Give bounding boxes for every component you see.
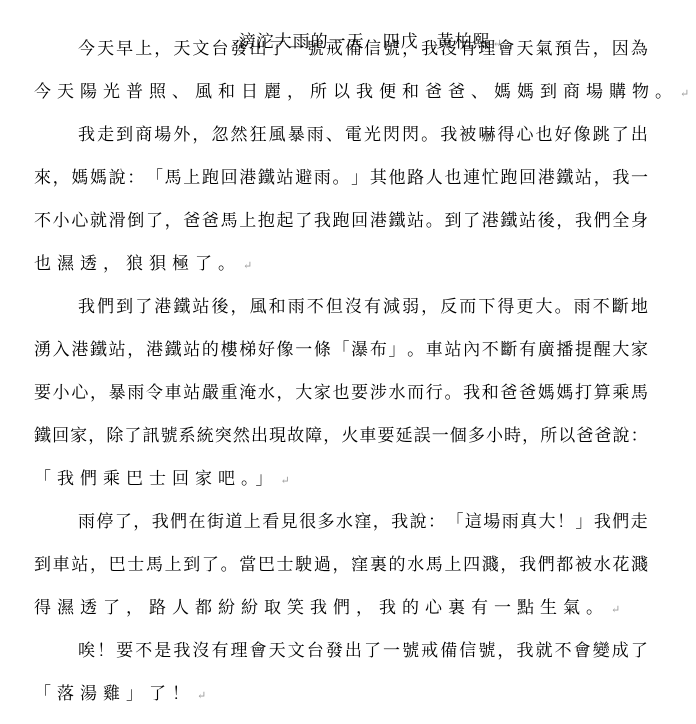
text-line: 鐵回家，除了訊號系統突然出現故障，火車要延誤一個多小時，所以爸爸說：	[34, 424, 648, 448]
text-line: 到車站，巴士馬上到了。當巴士駛過，窪裏的水馬上四濺，我們都被水花濺	[34, 553, 648, 577]
line-text: 不小心就滑倒了，爸爸馬上抱起了我跑回港鐵站。到了港鐵站後，我們全身	[34, 209, 648, 233]
paragraph-mark-icon: ↵	[281, 474, 290, 487]
text-line: 「我們乘巴士回家吧。」↵	[34, 467, 648, 493]
paragraph-mark-icon: ↵	[197, 689, 206, 702]
text-line: 得濕透了，路人都紛紛取笑我們，我的心裏有一點生氣。↵	[34, 596, 648, 622]
paragraph-mark-icon: ↵	[243, 259, 252, 272]
text-line: 不小心就滑倒了，爸爸馬上抱起了我跑回港鐵站。到了港鐵站後，我們全身	[34, 209, 648, 233]
line-text: 也濕透，狼狽極了。	[34, 254, 241, 274]
line-text: 要小心，暴雨令車站嚴重淹水，大家也要涉水而行。我和爸爸媽媽打算乘馬	[34, 381, 648, 405]
text-line: 今天早上，天文台發出了一號戒備信號，我沒有理會天氣預告，因為	[78, 37, 648, 61]
line-text: 雨停了，我們在街道上看見很多水窪，我說：「這場雨真大！」我們走	[78, 510, 648, 534]
text-line: 今天陽光普照、風和日麗，所以我便和爸爸、媽媽到商場購物。↵	[34, 80, 648, 106]
text-line: 雨停了，我們在街道上看見很多水窪，我說：「這場雨真大！」我們走	[78, 510, 648, 534]
line-text: 今天陽光普照、風和日麗，所以我便和爸爸、媽媽到商場購物。	[34, 82, 678, 102]
text-line: 來，媽媽說：「馬上跑回港鐵站避雨。」其他路人也連忙跑回港鐵站，我一	[34, 166, 648, 190]
text-line: 湧入港鐵站，港鐵站的樓梯好像一條「瀑布」。車站內不斷有廣播提醒大家	[34, 338, 648, 362]
text-line: 我走到商場外，忽然狂風暴雨、電光閃閃。我被嚇得心也好像跳了出	[78, 123, 648, 147]
text-line: 也濕透，狼狽極了。↵	[34, 252, 648, 278]
line-text: 「我們乘巴士回家吧。」	[34, 469, 279, 489]
line-text: 今天早上，天文台發出了一號戒備信號，我沒有理會天氣預告，因為	[78, 37, 648, 61]
line-text: 到車站，巴士馬上到了。當巴士駛過，窪裏的水馬上四濺，我們都被水花濺	[34, 553, 648, 577]
line-text: 唉！要不是我沒有理會天文台發出了一號戒備信號，我就不會變成了	[78, 639, 648, 663]
line-text: 我們到了港鐵站後，風和雨不但沒有減弱，反而下得更大。雨不斷地	[78, 295, 648, 319]
line-text: 鐵回家，除了訊號系統突然出現故障，火車要延誤一個多小時，所以爸爸說：	[34, 424, 648, 448]
text-line: 要小心，暴雨令車站嚴重淹水，大家也要涉水而行。我和爸爸媽媽打算乘馬	[34, 381, 648, 405]
text-line: 我們到了港鐵站後，風和雨不但沒有減弱，反而下得更大。雨不斷地	[78, 295, 648, 319]
line-text: 我走到商場外，忽然狂風暴雨、電光閃閃。我被嚇得心也好像跳了出	[78, 123, 648, 147]
line-text: 得濕透了，路人都紛紛取笑我們，我的心裏有一點生氣。	[34, 598, 609, 618]
document-page: 滂沱大雨的一天 四戊 黃柏熙↵ 今天早上，天文台發出了一號戒備信號，我沒有理會天…	[0, 0, 696, 724]
paragraph-mark-icon: ↵	[611, 603, 620, 616]
line-text: 湧入港鐵站，港鐵站的樓梯好像一條「瀑布」。車站內不斷有廣播提醒大家	[34, 338, 648, 362]
paragraph-mark-icon: ↵	[680, 87, 689, 100]
text-line: 唉！要不是我沒有理會天文台發出了一號戒備信號，我就不會變成了	[78, 639, 648, 663]
text-line: 「落湯雞」了！↵	[34, 682, 648, 708]
line-text: 來，媽媽說：「馬上跑回港鐵站避雨。」其他路人也連忙跑回港鐵站，我一	[34, 166, 648, 190]
line-text: 「落湯雞」了！	[34, 684, 195, 704]
